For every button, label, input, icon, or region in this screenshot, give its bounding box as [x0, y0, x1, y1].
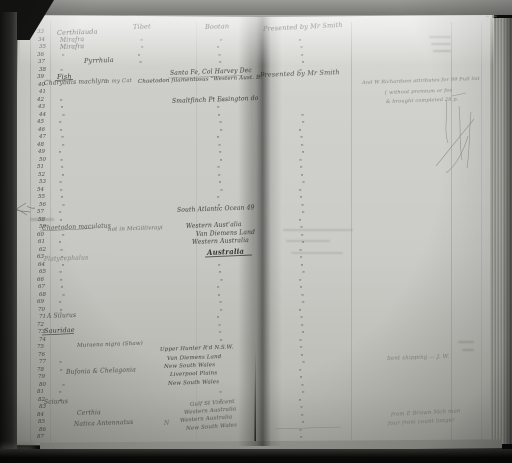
ditto-mark: " [62, 174, 65, 181]
entry-number: 80 [31, 382, 46, 388]
entry-number: 84 [29, 412, 44, 418]
entry-number: 49 [30, 149, 45, 155]
ditto-mark: " [301, 181, 304, 188]
ditto-mark: " [299, 309, 302, 316]
faint-pencil-smudge [458, 341, 474, 343]
ditto-mark: " [219, 188, 222, 195]
ditto-mark: " [300, 113, 303, 120]
ditto-mark: " [217, 143, 220, 150]
entry-number: 38 [31, 67, 46, 73]
ditto-mark: " [217, 316, 220, 323]
ditto-mark: " [61, 233, 64, 240]
entry-number: 82 [30, 397, 45, 403]
ditto-mark: " [61, 203, 64, 210]
ditto-mark: " [298, 278, 301, 285]
ditto-mark: " [61, 293, 64, 300]
ditto-mark: " [61, 106, 64, 113]
fore-edge-shadow [490, 18, 512, 444]
ditto-mark: " [58, 391, 61, 398]
entry-number: 63 [29, 254, 44, 260]
ditto-mark: " [298, 188, 301, 195]
entry-number: 50 [31, 157, 46, 163]
ditto-mark: " [300, 413, 303, 420]
ditto-mark: " [217, 46, 220, 53]
faint-pencil-smudge [286, 240, 330, 242]
ditto-mark: " [298, 338, 301, 345]
faint-pencil-smudge [462, 349, 474, 351]
ditto-mark: " [299, 436, 302, 443]
ditto-mark: " [302, 241, 305, 248]
ditto-mark: " [302, 151, 305, 158]
ditto-mark: " [301, 271, 304, 278]
ditto-mark: " [301, 361, 304, 368]
ditto-mark: " [300, 323, 303, 330]
ditto-mark: " [59, 368, 62, 375]
entry-number: 70 [30, 307, 45, 313]
ditto-mark: " [219, 278, 222, 285]
ditto-mark: " [301, 174, 304, 181]
ditto-mark: " [61, 143, 64, 150]
ditto-mark: " [299, 226, 302, 233]
entry-number: 39 [29, 74, 44, 80]
ditto-mark: " [218, 61, 221, 68]
ditto-mark: " [59, 278, 62, 285]
entry-number: 48 [29, 142, 44, 148]
ditto-mark: " [218, 114, 221, 121]
ditto-mark: " [299, 219, 302, 226]
ditto-mark: " [219, 38, 222, 45]
entry-locality: Bootan [205, 22, 229, 31]
ditto-mark: " [138, 61, 141, 68]
ditto-mark: " [58, 121, 61, 128]
entry-number: 44 [31, 112, 46, 118]
entry-number: 69 [29, 299, 44, 305]
entry-number: 67 [30, 284, 45, 290]
entry-number: 41 [31, 89, 46, 95]
ditto-mark: " [218, 331, 221, 338]
entry-species: Pyrrhula [84, 56, 114, 65]
ditto-mark: " [299, 256, 302, 263]
background-bottom [0, 449, 512, 463]
ditto-mark: " [301, 121, 304, 128]
section-heading: Sauridae [44, 326, 75, 335]
entry-number: 76 [30, 352, 45, 358]
ditto-mark: " [300, 233, 303, 240]
entry-number: 57 [29, 209, 44, 215]
ditto-mark: " [60, 166, 63, 173]
ditto-mark: " [300, 143, 303, 150]
entry-number: 55 [30, 194, 45, 200]
entry-locality: Australia [207, 247, 244, 257]
ditto-mark: " [219, 128, 222, 135]
ditto-mark: " [298, 368, 301, 375]
ditto-mark: " [140, 46, 143, 53]
ditto-mark: " [218, 121, 221, 128]
entry-species: Certhia [77, 409, 101, 417]
ditto-mark: " [299, 406, 302, 413]
entry-number: 65 [31, 269, 46, 275]
ditto-mark: " [299, 136, 302, 143]
entry-number: 43 [30, 104, 45, 110]
entry-number: 81 [29, 389, 44, 395]
ditto-mark: " [220, 159, 223, 166]
ditto-mark: " [139, 38, 142, 45]
ditto-mark: " [300, 196, 303, 203]
ditto-mark: " [301, 301, 304, 308]
entry-number: 36 [29, 52, 44, 58]
entry-number: 85 [30, 419, 45, 425]
ditto-mark: " [299, 399, 302, 406]
ditto-mark: " [61, 383, 64, 390]
ditto-mark: " [302, 331, 305, 338]
ditto-mark: " [59, 241, 62, 248]
ditto-mark: " [299, 46, 302, 53]
entry-number: 74 [31, 337, 46, 343]
ditto-mark: " [300, 376, 303, 383]
ditto-mark: " [299, 346, 302, 353]
ditto-mark: " [219, 308, 222, 315]
ditto-mark: " [61, 53, 64, 60]
ditto-mark: " [60, 129, 63, 136]
entry-number: 42 [29, 97, 44, 103]
entry-number: 60 [29, 232, 44, 238]
ditto-mark: " [298, 158, 301, 165]
ditto-mark: " [300, 286, 303, 293]
ditto-mark: " [59, 151, 62, 158]
ditto-mark: " [298, 428, 301, 435]
ditto-mark: " [300, 383, 303, 390]
entry-number: 68 [31, 292, 46, 298]
entry-locality: Tibet [133, 22, 151, 31]
ditto-mark: " [60, 136, 63, 143]
ditto-mark: " [302, 61, 305, 68]
ditto-mark: " [58, 271, 61, 278]
ditto-mark: " [301, 391, 304, 398]
ditto-mark: " [217, 53, 220, 60]
ditto-mark: " [299, 129, 302, 136]
ditto-mark: " [301, 211, 304, 218]
catalogue-note: in my Cat [104, 78, 132, 85]
ditto-mark: " [219, 181, 222, 188]
ditto-mark: " [217, 173, 220, 180]
entry-species: A Silurus [47, 312, 76, 320]
ditto-mark: " [58, 361, 61, 368]
ditto-mark: " [299, 166, 302, 173]
ditto-mark: " [58, 301, 61, 308]
faint-pencil-smudge [283, 229, 353, 231]
entry-number: 79 [30, 374, 45, 380]
entry-number: 72 [29, 322, 44, 328]
ditto-mark: " [301, 264, 304, 271]
ditto-mark: " [61, 113, 64, 120]
ditto-mark: " [218, 301, 221, 308]
ditto-mark: " [59, 98, 62, 105]
entry-number: 35 [31, 44, 46, 50]
faint-pencil-smudge [433, 50, 451, 52]
entry-number: 62 [31, 247, 46, 253]
ditto-mark: " [58, 211, 61, 218]
ditto-mark: " [300, 203, 303, 210]
ditto-mark: " [216, 196, 219, 203]
entry-number: 73 [30, 329, 45, 335]
ditto-mark: " [217, 263, 220, 270]
entry-number: 61 [30, 239, 45, 245]
entry-species: Mirafra [60, 43, 84, 51]
entry-number: 54 [29, 187, 44, 193]
faint-pencil-smudge [429, 36, 451, 38]
ditto-mark: " [298, 248, 301, 255]
book-left-edge [0, 12, 17, 463]
ditto-mark: " [217, 323, 220, 330]
margin-mark: N [164, 420, 170, 427]
ditto-mark: " [62, 264, 65, 271]
entry-number: 58 [30, 217, 45, 223]
ditto-mark: " [301, 354, 304, 361]
ditto-mark: " [219, 271, 222, 278]
entry-number: 46 [30, 127, 45, 133]
entry-number: 78 [29, 367, 44, 373]
ditto-mark: " [218, 391, 221, 398]
entry-number: 66 [29, 277, 44, 283]
ditto-mark: " [61, 196, 64, 203]
entry-number: 47 [31, 134, 46, 140]
entry-number: 37 [30, 59, 45, 65]
ditto-mark: " [218, 151, 221, 158]
ditto-mark: " [299, 39, 302, 46]
ditto-mark: " [216, 166, 219, 173]
entry-number: 40 [30, 82, 45, 88]
ditto-mark: " [59, 188, 62, 195]
entry-number: 56 [31, 202, 46, 208]
entry-number: 86 [31, 427, 46, 433]
ditto-mark: " [302, 421, 305, 428]
ditto-mark: " [300, 293, 303, 300]
ditto-mark: " [58, 181, 61, 188]
entry-number: 64 [30, 262, 45, 268]
entry-number: 45 [29, 119, 44, 125]
ditto-mark: " [299, 316, 302, 323]
ditto-mark: " [218, 294, 221, 301]
entry-number: 52 [30, 172, 45, 178]
ditto-mark: " [300, 53, 303, 60]
ditto-mark: " [61, 286, 64, 293]
ditto-mark: " [216, 286, 219, 293]
ledger-photo: 3334353637383940414243444546474849505152… [0, 0, 512, 463]
entry-number: 71 [31, 314, 46, 320]
entry-number: 51 [29, 164, 44, 170]
ditto-mark: " [216, 106, 219, 113]
entry-number: 87 [29, 434, 44, 440]
entry-species: Sciurus [44, 398, 68, 406]
book-top-edge [0, 0, 512, 15]
entry-number: 53 [31, 179, 46, 185]
ditto-mark: " [217, 136, 220, 143]
ditto-mark: " [59, 158, 62, 165]
entry-number: 34 [30, 37, 45, 43]
faint-pencil-smudge [431, 43, 451, 45]
entry-number: 77 [31, 359, 46, 365]
ditto-mark: " [138, 54, 141, 61]
entry-number: 75 [29, 344, 44, 350]
